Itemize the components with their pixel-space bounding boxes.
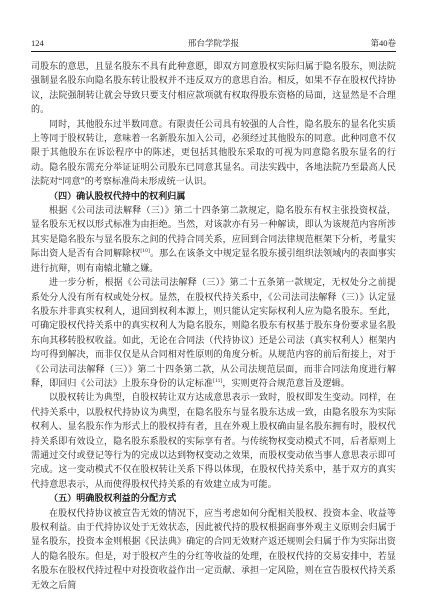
- paragraph-text: 进一步分析，根据《公司法司法解释（三）》第二十五条第一款规定，无权处分之前提系处…: [31, 277, 396, 388]
- section-heading: （四）确认股权代持中的权利归属: [31, 189, 396, 203]
- paragraph-text: ，实则更符合规范意旨及逻辑。: [222, 378, 349, 388]
- body-paragraph: 在股权代持协议被宣告无效的情况下，应当考虑如何分配相关股权、投资本金、收益等股权…: [31, 506, 396, 592]
- body-paragraph: 进一步分析，根据《公司法司法解释（三）》第二十五条第一款规定，无权处分之前提系处…: [31, 275, 396, 390]
- body-paragraph: 根据《公司法司法解释（三）》第二十四条第二款规定，隐名股东有权主张投资权益，显名…: [31, 203, 396, 275]
- footnote-ref: [10]: [140, 248, 150, 254]
- footnote-ref: [11]: [213, 378, 222, 384]
- journal-page: 124 邢台学院学报 第40卷 司股东的意思，且显名股东不具有此种意愿，即双方同…: [0, 0, 427, 603]
- page-header: 124 邢台学院学报 第40卷: [31, 38, 396, 48]
- section-heading: （五）明确股权利益的分配方式: [31, 491, 396, 505]
- body-paragraph: 同时，其他股东过半数同意。有限责任公司具有较强的人合性，隐名股东的显名化实质上等…: [31, 117, 396, 189]
- header-rule: [31, 51, 396, 52]
- article-body: 司股东的意思，且显名股东不具有此种意愿，即双方同意股权实际归属于隐名股东，则法院…: [31, 59, 396, 592]
- body-paragraph: 司股东的意思，且显名股东不具有此种意愿，即双方同意股权实际归属于隐名股东，则法院…: [31, 59, 396, 117]
- body-paragraph: 以股权转让为典型，自股权转让双方达成意思表示一致时，股权即发生变动。同样，在代持…: [31, 390, 396, 491]
- journal-title: 邢台学院学报: [91, 38, 336, 48]
- volume-label: 第40卷: [336, 38, 396, 48]
- page-number: 124: [31, 38, 91, 48]
